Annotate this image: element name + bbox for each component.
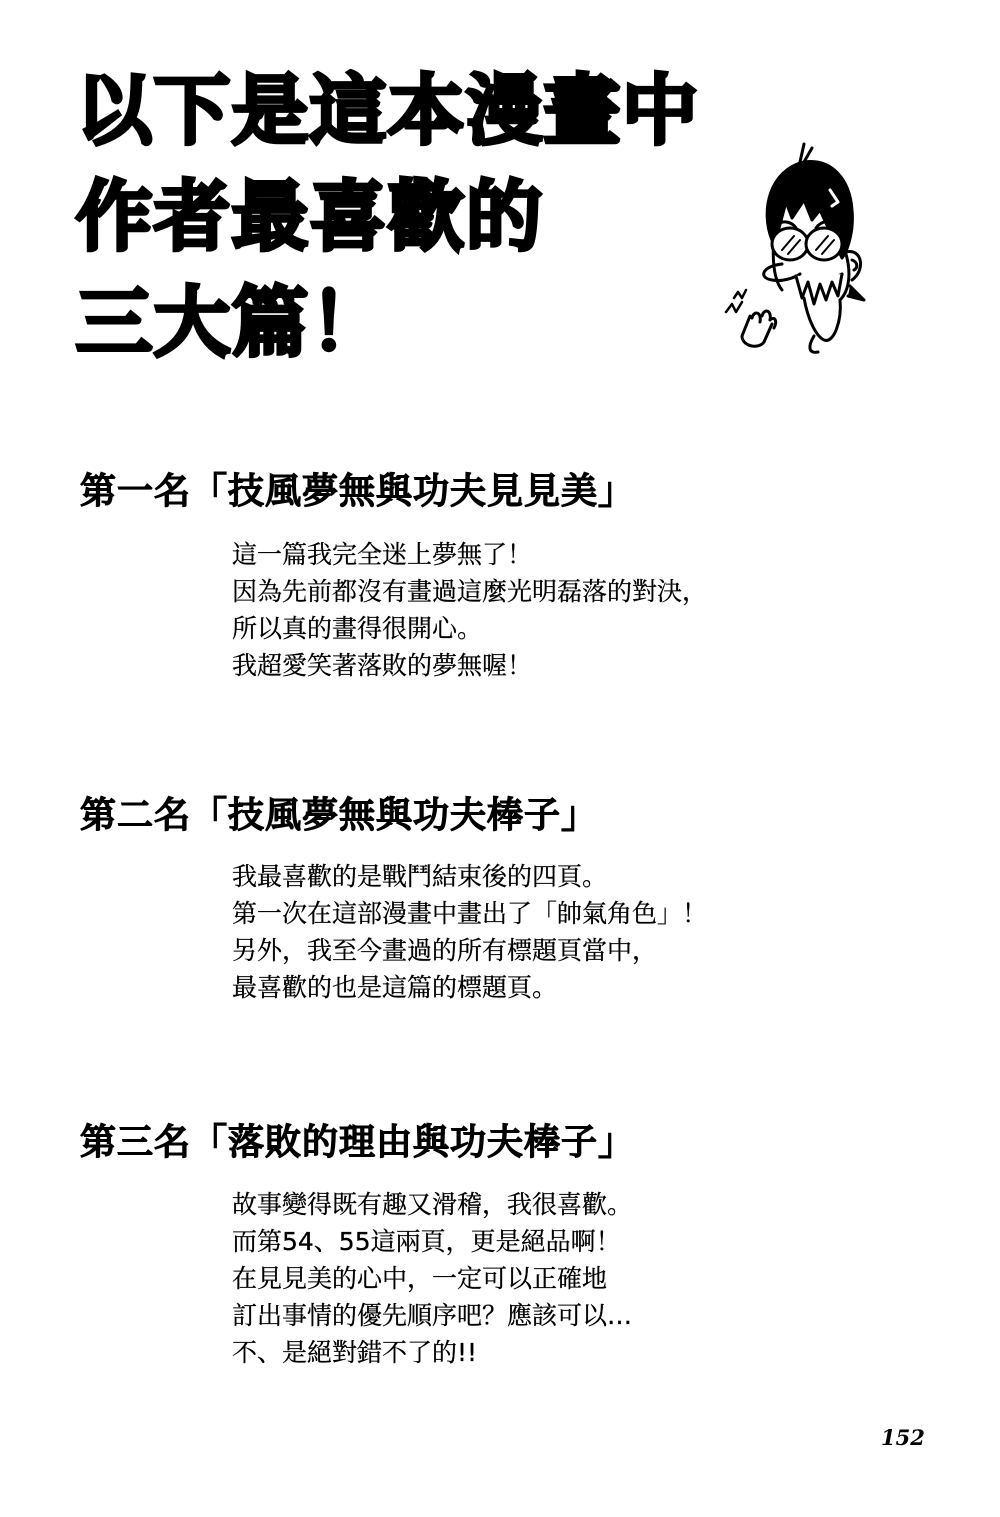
body-line: 所以真的畫得很開心。 (232, 610, 707, 647)
section-body-second-place: 我最喜歡的是戰鬥結束後的四頁。 第一次在這部漫畫中畫出了「帥氣角色」！ 另外，我… (232, 858, 707, 1006)
body-line: 我超愛笑著落敗的夢無喔！ (232, 647, 707, 684)
body-line: 我最喜歡的是戰鬥結束後的四頁。 (232, 858, 707, 895)
body-line: 不、是絕對錯不了的!! (232, 1334, 632, 1371)
section-heading-third-place: 第三名「落敗的理由與功夫棒子」 (80, 1121, 635, 1165)
body-line: 訂出事情的優先順序吧？應該可以… (232, 1297, 632, 1334)
body-line: 這一篇我完全迷上夢無了！ (232, 536, 707, 573)
title-line: 三大篇！ (76, 270, 700, 376)
author-caricature-icon (712, 140, 872, 360)
section-body-third-place: 故事變得既有趣又滑稽，我很喜歡。 而第54、55這兩頁，更是絕品啊！ 在見見美的… (232, 1186, 632, 1371)
body-line: 因為先前都沒有畫過這麼光明磊落的對決， (232, 573, 707, 610)
title-line: 以下是這本漫畫中 (76, 58, 700, 164)
section-heading-second-place: 第二名「技風夢無與功夫棒子」 (80, 794, 598, 838)
section-body-first-place: 這一篇我完全迷上夢無了！ 因為先前都沒有畫過這麼光明磊落的對決， 所以真的畫得很… (232, 536, 707, 684)
page-number: 152 (881, 1426, 925, 1450)
section-heading-first-place: 第一名「技風夢無與功夫見見美」 (80, 470, 635, 514)
body-line: 另外，我至今畫過的所有標題頁當中， (232, 932, 707, 969)
body-line: 故事變得既有趣又滑稽，我很喜歡。 (232, 1186, 632, 1223)
body-line: 第一次在這部漫畫中畫出了「帥氣角色」！ (232, 895, 707, 932)
body-line: 而第54、55這兩頁，更是絕品啊！ (232, 1223, 632, 1260)
body-line: 最喜歡的也是這篇的標題頁。 (232, 969, 707, 1006)
body-line: 在見見美的心中，一定可以正確地 (232, 1260, 632, 1297)
page-title: 以下是這本漫畫中 作者最喜歡的 三大篇！ (76, 58, 700, 376)
title-line: 作者最喜歡的 (76, 164, 700, 270)
